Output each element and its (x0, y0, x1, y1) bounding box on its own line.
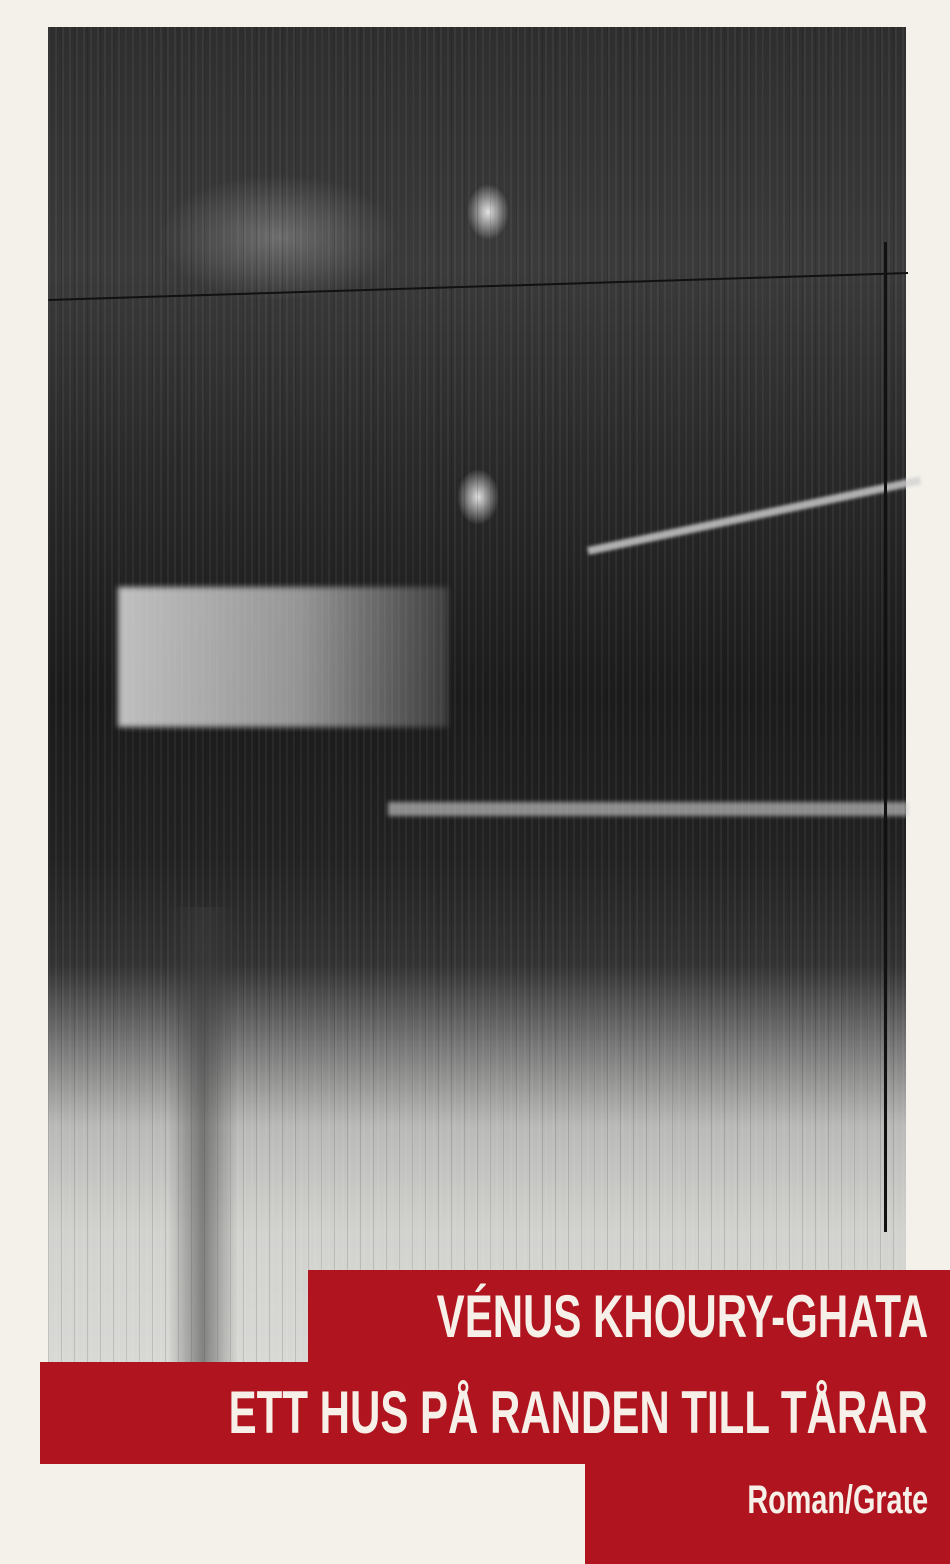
book-title: ETT HUS PÅ RANDEN TILL TÅRAR (229, 1381, 928, 1445)
author-name: VÉNUS KHOURY-GHATA (436, 1285, 928, 1349)
hanging-cord (884, 242, 887, 1232)
cover-photo (48, 27, 906, 1367)
post-shadow (168, 907, 238, 1367)
light-streak-lower (388, 802, 908, 816)
lit-window (118, 587, 448, 727)
series-label: Roman/Grate (747, 1478, 928, 1522)
